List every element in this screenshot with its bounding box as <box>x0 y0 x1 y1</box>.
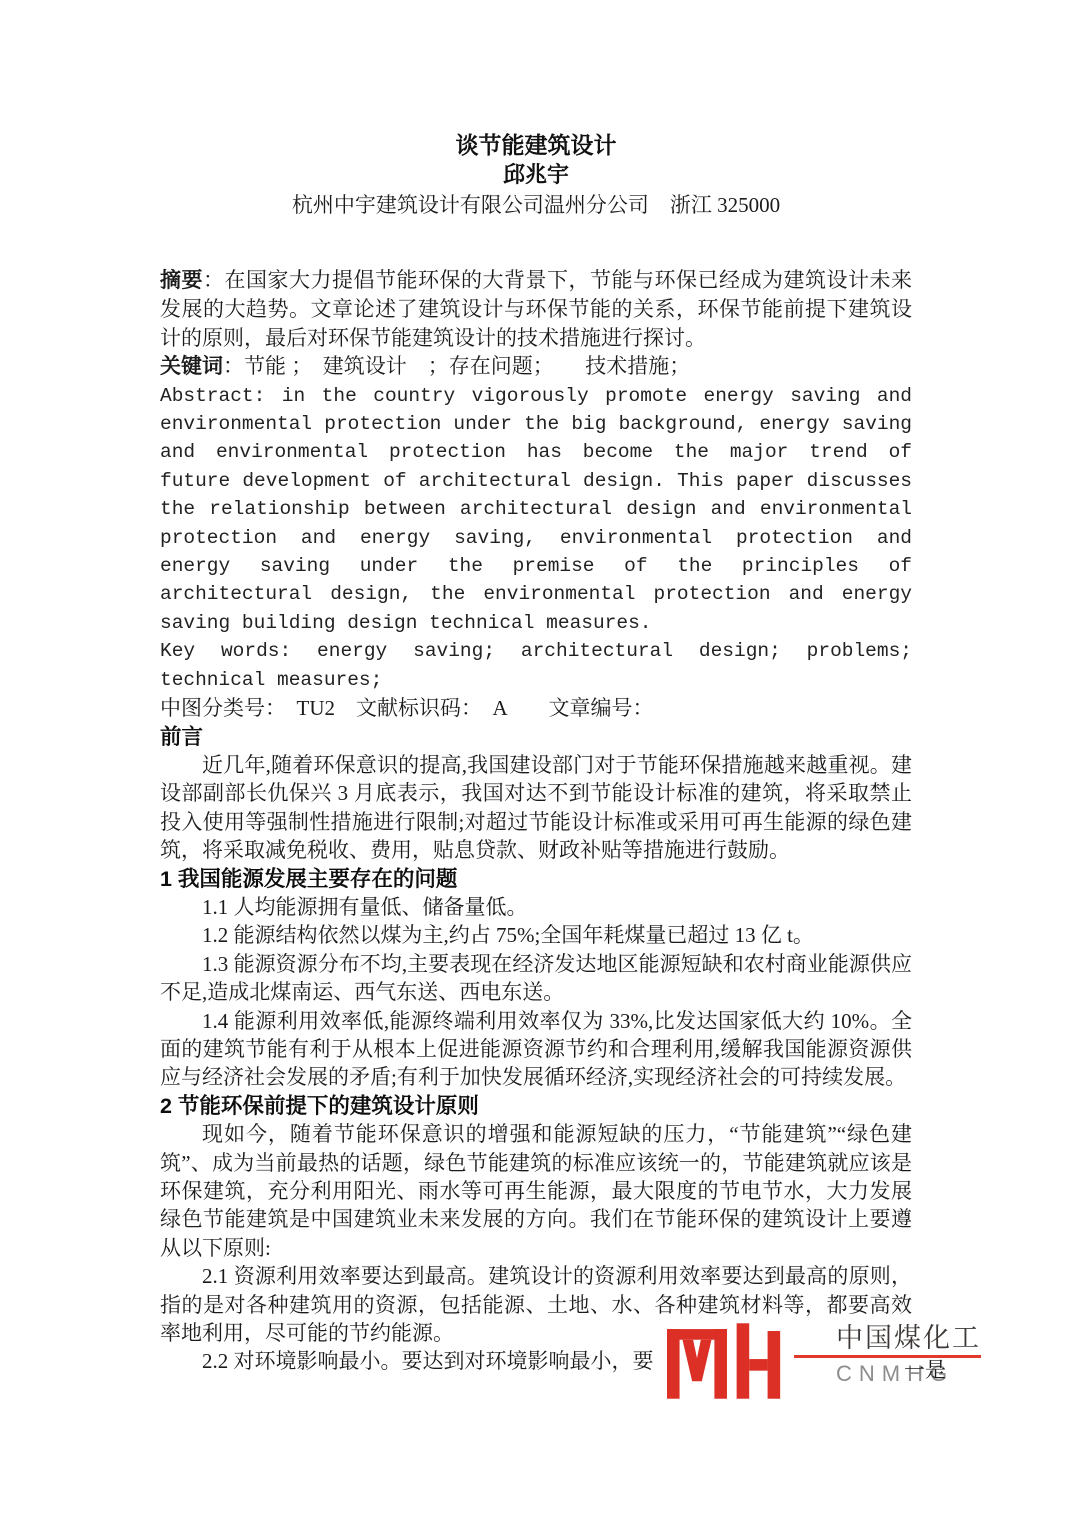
paragraph-1-1: 1.1 人均能源拥有量低、储备量低。 <box>160 893 912 921</box>
paper-author: 邱兆宇 <box>160 160 912 190</box>
cnmhg-logo-cn-name: 中国煤化工 <box>794 1323 981 1358</box>
paragraph-1-2: 1.2 能源结构依然以煤为主,约占 75%;全国年耗煤量已超过 13 亿 t。 <box>160 921 912 949</box>
cnmhg-logo-en-name: CNMHG <box>794 1361 981 1387</box>
paragraph-1-3: 1.3 能源资源分布不均,主要表现在经济发达地区能源短缺和农村商业能源供应不足,… <box>160 950 912 1007</box>
paragraph-2-2: 2.2 对环境影响最小。要达到对环境影响最小，要中国煤化工CNMHG一是 <box>160 1347 912 1375</box>
keywords-en: Key words: energy saving; architectural … <box>160 637 912 694</box>
title-body-gap <box>160 220 912 266</box>
paragraph-1-4: 1.4 能源利用效率低,能源终端利用效率仅为 33%,比发达国家低大约 10%。… <box>160 1007 912 1092</box>
heading-section-2: 2 节能环保前提下的建筑设计原则 <box>160 1092 912 1120</box>
abstract-cn: 摘要：在国家大力提倡节能环保的大背景下，节能与环保已经成为建筑设计未来发展的大趋… <box>160 266 912 352</box>
last-line-text: 2.2 对环境影响最小。要达到对环境影响最小，要 <box>202 1349 654 1373</box>
paragraph-preface: 近几年,随着环保意识的提高,我国建设部门对于节能环保措施越来越重视。建设部副部长… <box>160 751 912 865</box>
abstract-en: Abstract: in the country vigorously prom… <box>160 382 912 638</box>
document-page: 谈节能建筑设计 邱兆宇 杭州中宇建筑设计有限公司温州分公司 浙江 325000 … <box>0 0 1072 1516</box>
cnmhg-logo-glyph <box>667 1323 785 1399</box>
abstract-text: ：在国家大力提倡节能环保的大背景下，节能与环保已经成为建筑设计未来发展的大趋势。… <box>160 268 912 350</box>
heading-preface: 前言 <box>160 723 912 751</box>
heading-section-1: 1 我国能源发展主要存在的问题 <box>160 865 912 893</box>
paragraph-2-intro: 现如今，随着节能环保意识的增强和能源短缺的压力，“节能建筑”“绿色建筑”、成为当… <box>160 1120 912 1262</box>
cnmhg-logo-text: 中国煤化工CNMHG <box>794 1323 981 1387</box>
paper-title: 谈节能建筑设计 <box>160 130 912 160</box>
last-line-tail: 一是 <box>904 1356 946 1384</box>
abstract-label: 摘要 <box>160 269 203 292</box>
classification-line: 中图分类号： TU2 文献标识码： A 文章编号： <box>160 694 912 722</box>
document-content: 谈节能建筑设计 邱兆宇 杭州中宇建筑设计有限公司温州分公司 浙江 325000 … <box>160 130 912 1376</box>
paper-affiliation: 杭州中宇建筑设计有限公司温州分公司 浙江 325000 <box>160 190 912 220</box>
keywords-text: ：节能 ； 建筑设计 ；存在问题； 技术措施； <box>223 354 690 378</box>
keywords-label: 关键词 <box>160 355 223 378</box>
keywords-cn: 关键词：节能 ； 建筑设计 ；存在问题； 技术措施； <box>160 352 912 381</box>
